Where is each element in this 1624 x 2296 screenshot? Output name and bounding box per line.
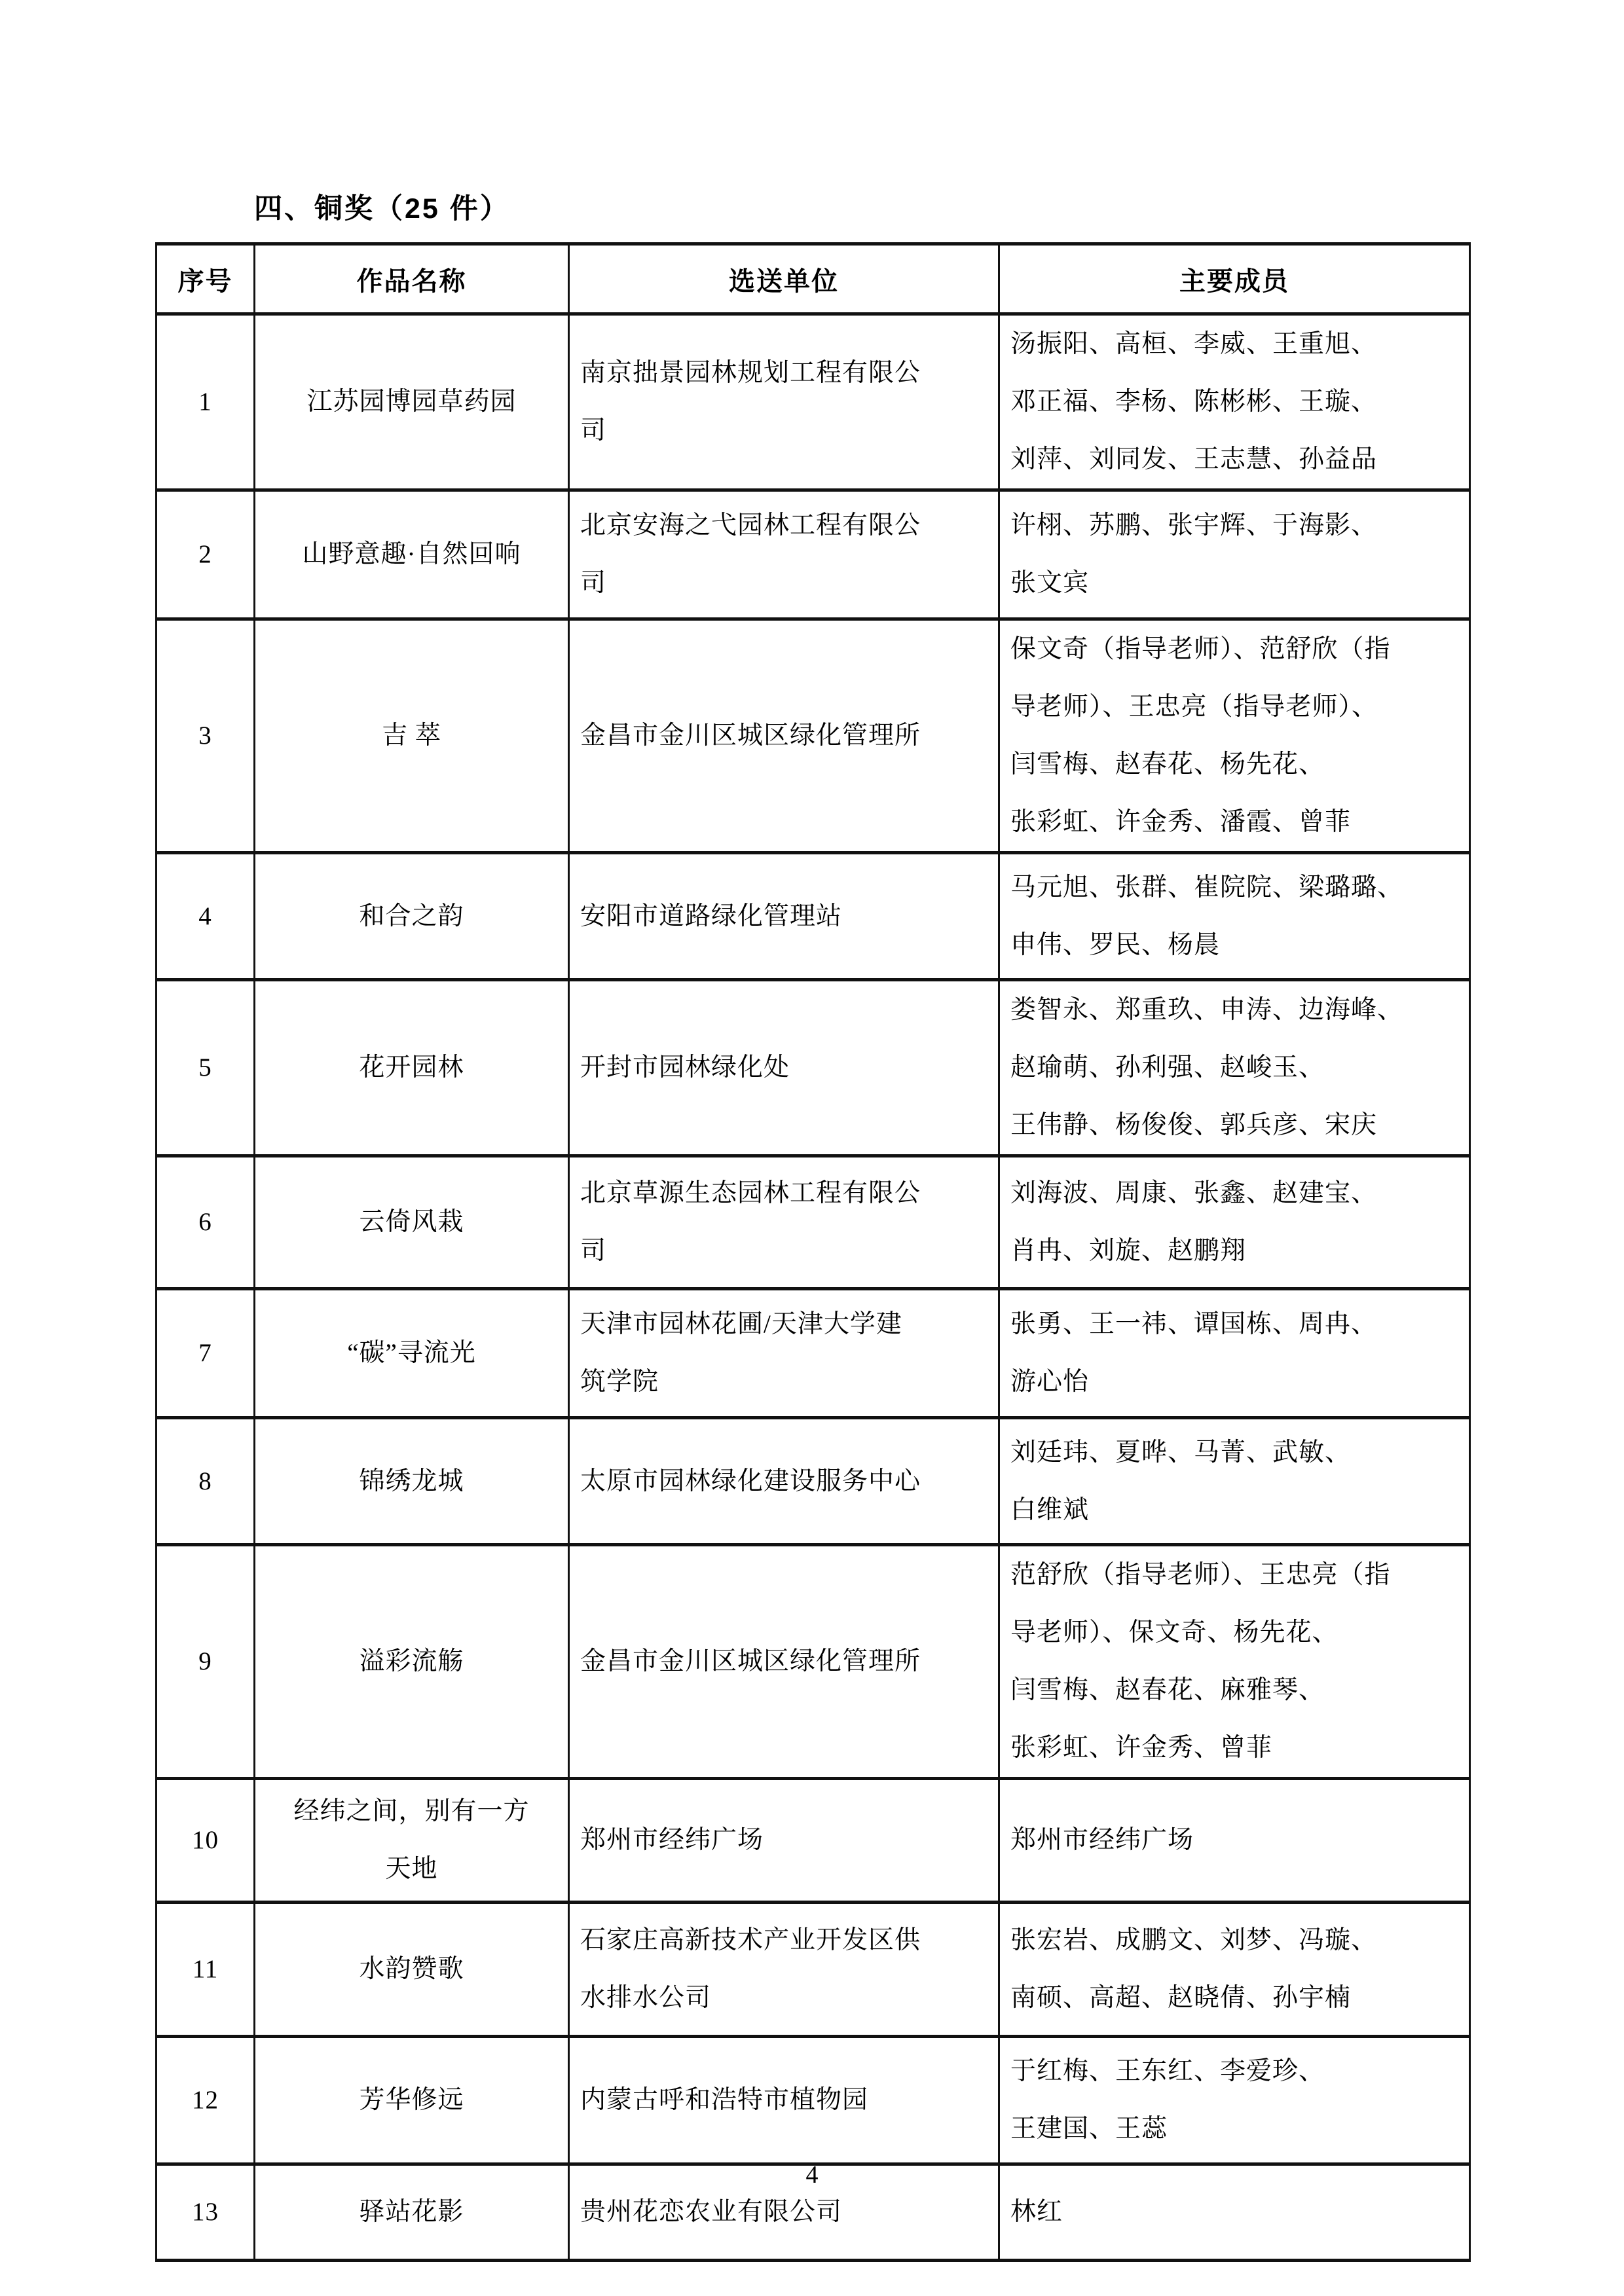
table-row: 4 和合之韵 安阳市道路绿化管理站 马元旭、张群、崔院院、梁璐璐、 申伟、罗民、… — [157, 853, 1470, 980]
cell-serial-number: 4 — [157, 853, 255, 980]
table-row: 11 水韵赞歌 石家庄高新技术产业开发区供 水排水公司 张宏岩、成鹏文、刘梦、冯… — [157, 1903, 1470, 2037]
header-work-name: 作品名称 — [255, 244, 569, 314]
cell-serial-number: 9 — [157, 1545, 255, 1779]
cell-submitting-unit: 石家庄高新技术产业开发区供 水排水公司 — [569, 1903, 999, 2037]
cell-work-name: 经纬之间，别有一方 天地 — [255, 1779, 569, 1903]
cell-main-members: 保文奇（指导老师）、范舒欣（指 导老师）、王忠亮（指导老师）、 闫雪梅、赵春花、… — [999, 619, 1470, 853]
header-serial-number: 序号 — [157, 244, 255, 314]
bronze-award-table: 序号 作品名称 选送单位 主要成员 1 江苏园博园草药园 南京拙景园林规划工程有… — [155, 242, 1471, 2262]
cell-submitting-unit: 南京拙景园林规划工程有限公 司 — [569, 314, 999, 490]
table-row: 1 江苏园博园草药园 南京拙景园林规划工程有限公 司 汤振阳、高桓、李威、王重旭… — [157, 314, 1470, 490]
table-row: 2 山野意趣·自然回响 北京安海之弋园林工程有限公 司 许栩、苏鹏、张宇辉、于海… — [157, 490, 1470, 619]
header-main-members: 主要成员 — [999, 244, 1470, 314]
cell-submitting-unit: 内蒙古呼和浩特市植物园 — [569, 2037, 999, 2164]
cell-work-name: 江苏园博园草药园 — [255, 314, 569, 490]
table-row: 9 溢彩流觞 金昌市金川区城区绿化管理所 范舒欣（指导老师）、王忠亮（指 导老师… — [157, 1545, 1470, 1779]
table-row: 6 云倚风栽 北京草源生态园林工程有限公 司 刘海波、周康、张鑫、赵建宝、 肖冉… — [157, 1156, 1470, 1289]
cell-serial-number: 8 — [157, 1418, 255, 1545]
cell-submitting-unit: 北京安海之弋园林工程有限公 司 — [569, 490, 999, 619]
cell-submitting-unit: 金昌市金川区城区绿化管理所 — [569, 1545, 999, 1779]
cell-work-name: 山野意趣·自然回响 — [255, 490, 569, 619]
cell-work-name: 吉 萃 — [255, 619, 569, 853]
cell-main-members: 许栩、苏鹏、张宇辉、于海影、 张文宾 — [999, 490, 1470, 619]
cell-main-members: 娄智永、郑重玖、申涛、边海峰、 赵瑜萌、孙利强、赵峻玉、 王伟静、杨俊俊、郭兵彦… — [999, 980, 1470, 1156]
cell-main-members: 张勇、王一祎、谭国栋、周冉、 游心怡 — [999, 1289, 1470, 1418]
cell-work-name: 花开园林 — [255, 980, 569, 1156]
page-number: 4 — [0, 2160, 1624, 2189]
cell-serial-number: 10 — [157, 1779, 255, 1903]
section-title: 四、铜奖（25 件） — [254, 187, 510, 227]
cell-work-name: 溢彩流觞 — [255, 1545, 569, 1779]
cell-main-members: 马元旭、张群、崔院院、梁璐璐、 申伟、罗民、杨晨 — [999, 853, 1470, 980]
cell-submitting-unit: 郑州市经纬广场 — [569, 1779, 999, 1903]
cell-submitting-unit: 开封市园林绿化处 — [569, 980, 999, 1156]
table-row: 10 经纬之间，别有一方 天地 郑州市经纬广场 郑州市经纬广场 — [157, 1779, 1470, 1903]
cell-main-members: 汤振阳、高桓、李威、王重旭、 邓正福、李杨、陈彬彬、王璇、 刘萍、刘同发、王志慧… — [999, 314, 1470, 490]
cell-work-name: “碳”寻流光 — [255, 1289, 569, 1418]
table-row: 8 锦绣龙城 太原市园林绿化建设服务中心 刘廷玮、夏晔、马菁、武敏、 白维斌 — [157, 1418, 1470, 1545]
cell-submitting-unit: 金昌市金川区城区绿化管理所 — [569, 619, 999, 853]
cell-work-name: 云倚风栽 — [255, 1156, 569, 1289]
cell-work-name: 芳华修远 — [255, 2037, 569, 2164]
cell-submitting-unit: 北京草源生态园林工程有限公 司 — [569, 1156, 999, 1289]
cell-main-members: 于红梅、王东红、李爱珍、 王建国、王蕊 — [999, 2037, 1470, 2164]
cell-serial-number: 11 — [157, 1903, 255, 2037]
award-table-body: 1 江苏园博园草药园 南京拙景园林规划工程有限公 司 汤振阳、高桓、李威、王重旭… — [157, 314, 1470, 2261]
cell-work-name: 锦绣龙城 — [255, 1418, 569, 1545]
cell-work-name: 水韵赞歌 — [255, 1903, 569, 2037]
table-row: 7 “碳”寻流光 天津市园林花圃/天津大学建 筑学院 张勇、王一祎、谭国栋、周冉… — [157, 1289, 1470, 1418]
cell-serial-number: 3 — [157, 619, 255, 853]
cell-serial-number: 12 — [157, 2037, 255, 2164]
header-submitting-unit: 选送单位 — [569, 244, 999, 314]
table-row: 5 花开园林 开封市园林绿化处 娄智永、郑重玖、申涛、边海峰、 赵瑜萌、孙利强、… — [157, 980, 1470, 1156]
cell-submitting-unit: 安阳市道路绿化管理站 — [569, 853, 999, 980]
table-row: 3 吉 萃 金昌市金川区城区绿化管理所 保文奇（指导老师）、范舒欣（指 导老师）… — [157, 619, 1470, 853]
table-header-row: 序号 作品名称 选送单位 主要成员 — [157, 244, 1470, 314]
cell-submitting-unit: 太原市园林绿化建设服务中心 — [569, 1418, 999, 1545]
cell-serial-number: 7 — [157, 1289, 255, 1418]
document-page: 四、铜奖（25 件） 序号 作品名称 选送单位 主要成员 1 江苏园博园草药园 … — [0, 0, 1624, 2296]
cell-serial-number: 5 — [157, 980, 255, 1156]
cell-work-name: 和合之韵 — [255, 853, 569, 980]
cell-main-members: 张宏岩、成鹏文、刘梦、冯璇、 南硕、高超、赵晓倩、孙宇楠 — [999, 1903, 1470, 2037]
cell-main-members: 郑州市经纬广场 — [999, 1779, 1470, 1903]
table-row: 12 芳华修远 内蒙古呼和浩特市植物园 于红梅、王东红、李爱珍、 王建国、王蕊 — [157, 2037, 1470, 2164]
cell-main-members: 范舒欣（指导老师）、王忠亮（指 导老师）、保文奇、杨先花、 闫雪梅、赵春花、麻雅… — [999, 1545, 1470, 1779]
cell-main-members: 刘廷玮、夏晔、马菁、武敏、 白维斌 — [999, 1418, 1470, 1545]
cell-serial-number: 2 — [157, 490, 255, 619]
cell-serial-number: 1 — [157, 314, 255, 490]
cell-main-members: 刘海波、周康、张鑫、赵建宝、 肖冉、刘旋、赵鹏翔 — [999, 1156, 1470, 1289]
cell-submitting-unit: 天津市园林花圃/天津大学建 筑学院 — [569, 1289, 999, 1418]
cell-serial-number: 6 — [157, 1156, 255, 1289]
